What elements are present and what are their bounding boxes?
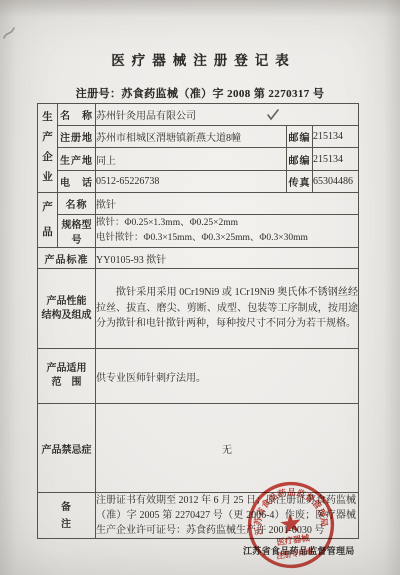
group-product: 产品 bbox=[38, 193, 58, 248]
remark-label-line1: 备 bbox=[38, 499, 95, 516]
standard-value: YY0105-93 揿针 bbox=[96, 248, 359, 269]
group-manufacturer-label: 生产企业 bbox=[42, 108, 54, 188]
remark-label: 备 注 bbox=[38, 493, 96, 539]
page-title: 医疗器械注册登记表 bbox=[0, 49, 400, 69]
phone-value: 0512-65226738 bbox=[96, 171, 287, 193]
official-red-stamp: 江苏省食品药品监督管理局 医疗器械 注册专用章 bbox=[240, 474, 342, 575]
star-icon bbox=[279, 512, 302, 534]
prod-address-value: 同上 bbox=[96, 148, 287, 171]
spec-value: 揿针：Φ0.25×1.3mm、Φ0.25×2mm 电针揿针：Φ0.3×15mm、… bbox=[96, 215, 359, 248]
performance-label: 产品性能 结构及组成 bbox=[38, 269, 96, 349]
name-value: 苏州针灸用品有限公司 bbox=[96, 104, 359, 126]
phone-label: 电 话 bbox=[58, 171, 96, 193]
performance-label-line2: 结构及组成 bbox=[38, 309, 95, 323]
spec-line-1: 揿针：Φ0.25×1.3mm、Φ0.25×2mm bbox=[96, 216, 358, 231]
registration-number: 注册号：苏食药监械（准）字 2008 第 2270317 号 bbox=[0, 85, 400, 101]
contraindication-label: 产品禁忌症 bbox=[38, 404, 96, 493]
reg-address-label: 注册地 bbox=[58, 126, 96, 148]
spec-label: 规格型号 bbox=[58, 215, 96, 248]
product-name-value: 揿针 bbox=[96, 193, 359, 215]
spec-line-2: 电针揿针：Φ0.3×15mm、Φ0.3×25mm、Φ0.3×30mm bbox=[96, 231, 358, 246]
reg-address-value: 苏州市相城区渭塘镇新燕大道8幢 bbox=[96, 126, 287, 148]
prod-zip-label: 邮编 bbox=[287, 148, 313, 171]
scope-label-line2: 范 围 bbox=[38, 376, 95, 390]
product-name-label: 名称 bbox=[58, 193, 96, 215]
scope-label-line1: 产品适用 bbox=[38, 362, 95, 376]
scope-label: 产品适用 范 围 bbox=[38, 349, 96, 404]
performance-label-line1: 产品性能 bbox=[38, 295, 95, 309]
registration-table: 生产企业 名 称 苏州针灸用品有限公司 注册地 苏州市相城区渭塘镇新燕大道8幢 … bbox=[37, 103, 359, 539]
scope-value: 供专业医师针刺疗法用。 bbox=[96, 349, 359, 404]
reg-zip-label: 邮编 bbox=[287, 126, 313, 148]
group-manufacturer: 生产企业 bbox=[38, 104, 58, 193]
performance-text: 揿针采用采用 0Cr19Ni9 或 1Cr19Ni9 奥氏体不锈钢丝经拉丝、拔直… bbox=[96, 285, 358, 332]
reg-zip-value: 215134 bbox=[313, 126, 359, 148]
fax-label: 传真 bbox=[287, 171, 313, 193]
prod-zip-value: 215134 bbox=[313, 148, 359, 171]
fax-value: 65304486 bbox=[313, 171, 359, 193]
group-product-label: 产品 bbox=[42, 195, 54, 245]
scanned-registration-form: 医疗器械注册登记表 注册号：苏食药监械（准）字 2008 第 2270317 号… bbox=[0, 0, 400, 575]
pen-scribble-mark bbox=[2, 24, 20, 42]
standard-label: 产品标准 bbox=[38, 248, 96, 269]
pen-check-mark bbox=[266, 108, 280, 122]
name-label: 名 称 bbox=[58, 104, 96, 126]
stamp-line2: 注册专用章 bbox=[276, 546, 315, 561]
remark-label-line2: 注 bbox=[38, 516, 95, 533]
stamp-line1: 医疗器械 bbox=[276, 533, 311, 548]
performance-value: 揿针采用采用 0Cr19Ni9 或 1Cr19Ni9 奥氏体不锈钢丝经拉丝、拔直… bbox=[96, 269, 359, 349]
prod-address-label: 生产地 bbox=[58, 148, 96, 171]
